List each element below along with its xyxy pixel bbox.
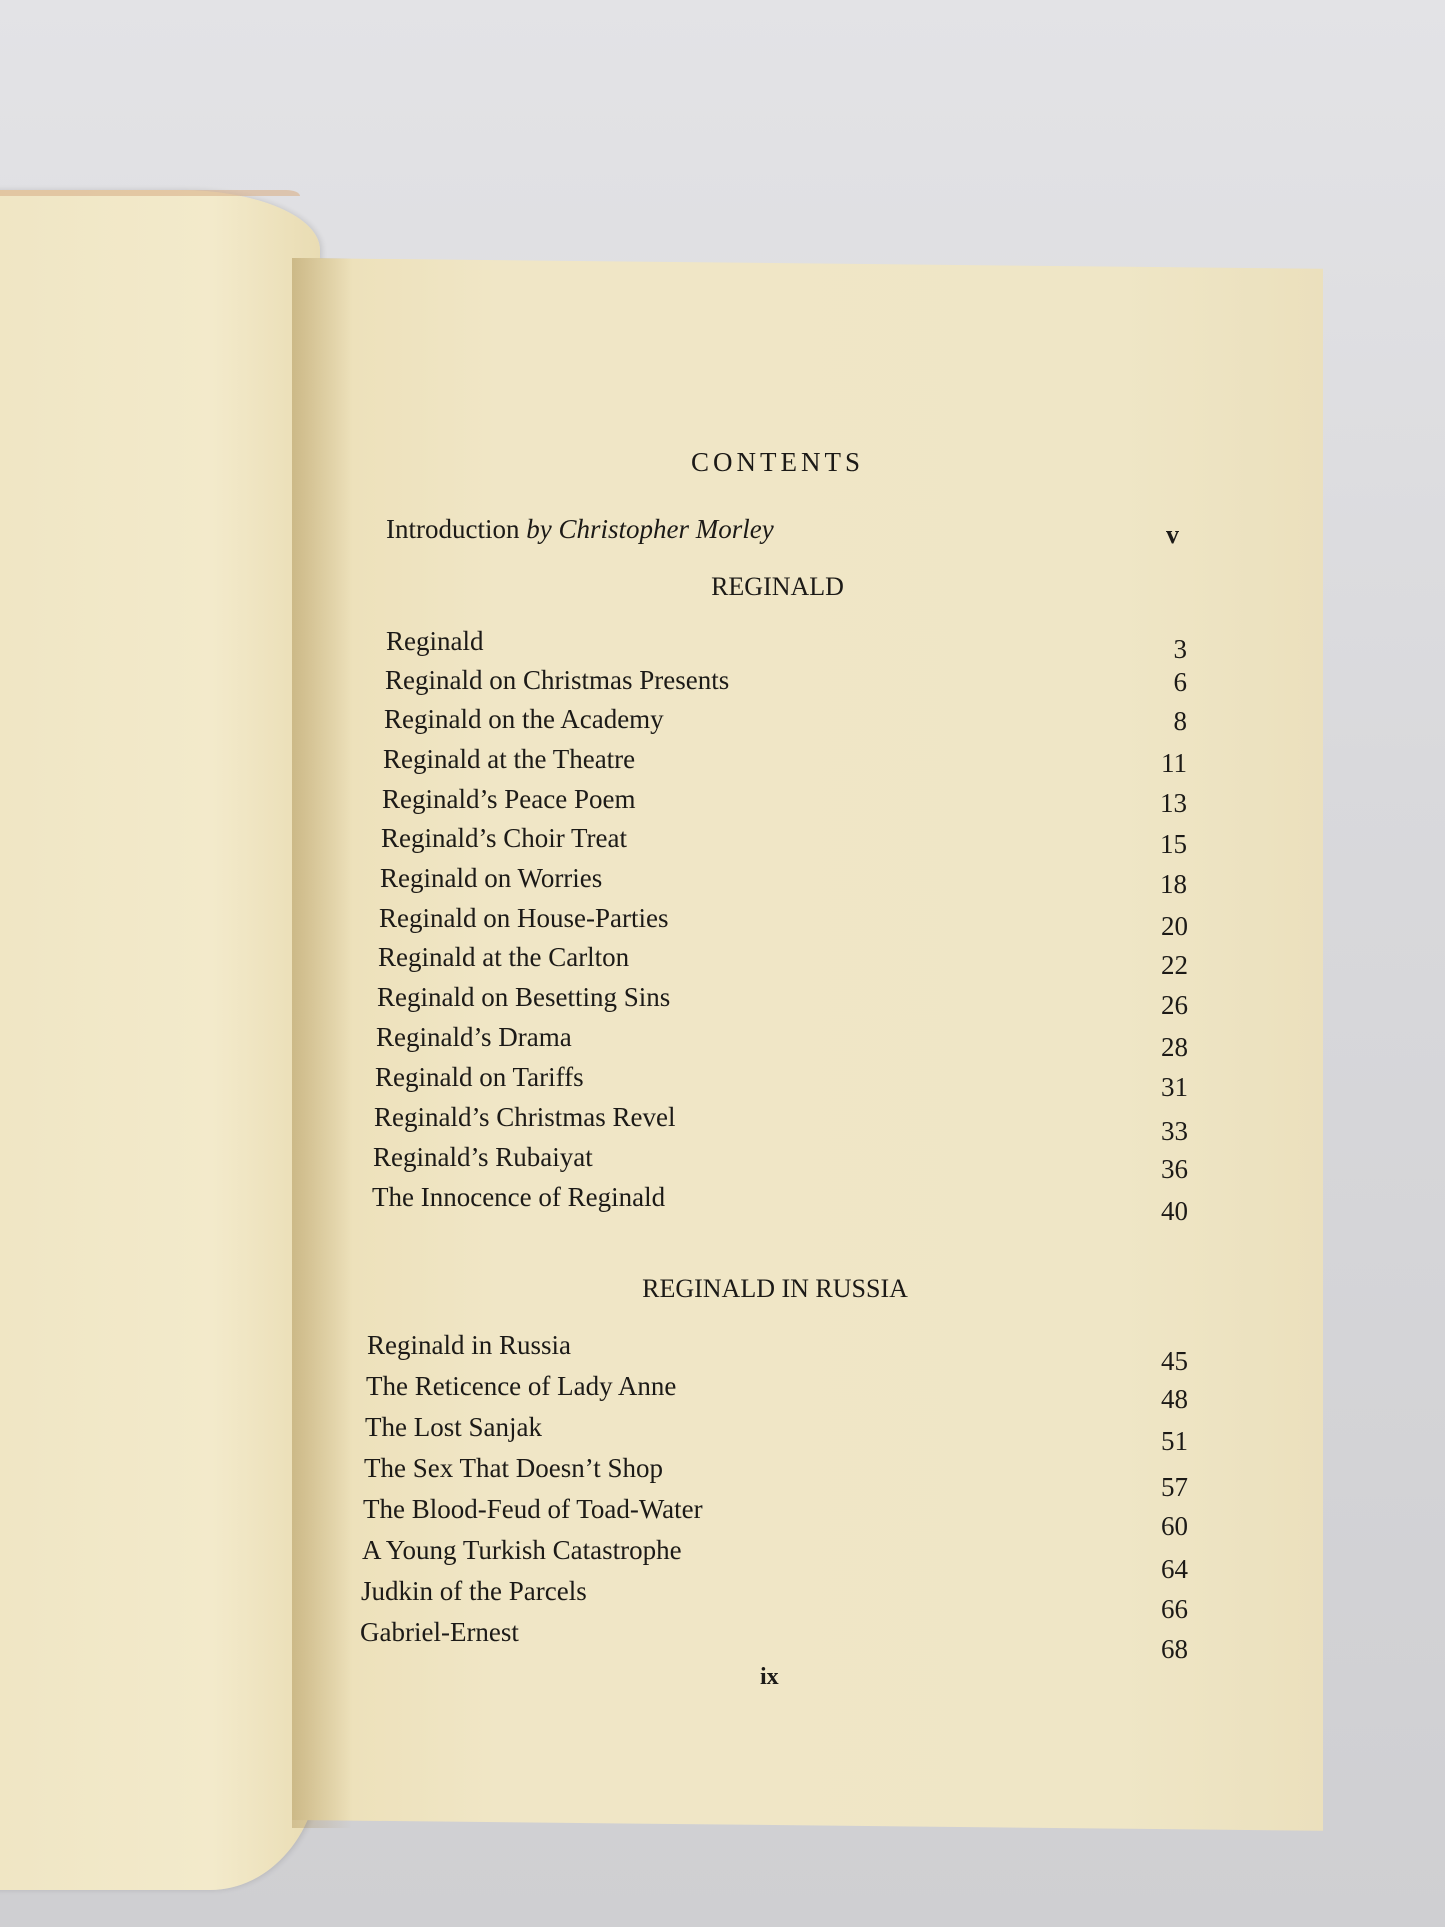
toc-entry: Reginald’s Choir Treat bbox=[381, 823, 627, 854]
toc-entry: The Reticence of Lady Anne bbox=[366, 1371, 676, 1402]
section-heading-reginald-in-russia: REGINALD IN RUSSIA bbox=[0, 1274, 1445, 1304]
toc-page-number: 18 bbox=[1127, 869, 1187, 900]
introduction-label: Introduction bbox=[386, 514, 519, 544]
toc-page-number: 26 bbox=[1128, 990, 1188, 1021]
toc-page-number: 57 bbox=[1128, 1472, 1188, 1503]
toc-entry: Reginald on Christmas Presents bbox=[385, 665, 729, 696]
introduction-byline: by Christopher Morley bbox=[526, 514, 773, 544]
toc-page-number: 33 bbox=[1128, 1116, 1188, 1147]
toc-entry: Reginald on House-Parties bbox=[379, 903, 668, 934]
toc-page-number: 15 bbox=[1127, 829, 1187, 860]
toc-page-number: 40 bbox=[1128, 1196, 1188, 1227]
toc-entry: The Innocence of Reginald bbox=[372, 1182, 665, 1213]
toc-page-number: 3 bbox=[1127, 634, 1187, 665]
toc-page-number: 20 bbox=[1128, 911, 1188, 942]
toc-entry: Reginald’s Peace Poem bbox=[382, 784, 635, 815]
introduction-page-number: v bbox=[1166, 520, 1179, 550]
toc-page-number: 45 bbox=[1128, 1346, 1188, 1377]
toc-page-number: 8 bbox=[1127, 706, 1187, 737]
toc-entry: Reginald on the Academy bbox=[384, 704, 664, 735]
toc-page-number: 6 bbox=[1127, 667, 1187, 698]
toc-entry: Reginald’s Christmas Revel bbox=[374, 1102, 675, 1133]
toc-page-number: 22 bbox=[1128, 950, 1188, 981]
toc-page-number: 64 bbox=[1128, 1554, 1188, 1585]
toc-page-number: 11 bbox=[1127, 748, 1187, 779]
toc-entry: Gabriel-Ernest bbox=[360, 1617, 519, 1648]
toc-entry: Reginald at the Theatre bbox=[383, 744, 635, 775]
toc-page-number: 66 bbox=[1128, 1594, 1188, 1625]
toc-page-number: 60 bbox=[1128, 1511, 1188, 1542]
toc-entry: Reginald in Russia bbox=[367, 1330, 571, 1361]
toc-entry: Reginald’s Rubaiyat bbox=[373, 1142, 593, 1173]
toc-page-number: 28 bbox=[1128, 1032, 1188, 1063]
toc-entry: Judkin of the Parcels bbox=[361, 1576, 587, 1607]
toc-page-number: 48 bbox=[1128, 1384, 1188, 1415]
toc-page-number: 51 bbox=[1128, 1426, 1188, 1457]
toc-page-number: 31 bbox=[1128, 1072, 1188, 1103]
left-page bbox=[0, 190, 320, 1890]
page-title: CONTENTS bbox=[0, 447, 1445, 478]
toc-entry: The Blood-Feud of Toad-Water bbox=[363, 1494, 703, 1525]
toc-entry: Reginald on Tariffs bbox=[375, 1062, 584, 1093]
toc-entry: Reginald bbox=[386, 626, 483, 657]
page-folio: ix bbox=[760, 1664, 779, 1691]
toc-page-number: 13 bbox=[1127, 788, 1187, 819]
toc-entry: Reginald at the Carlton bbox=[378, 942, 629, 973]
toc-entry: The Sex That Doesn’t Shop bbox=[364, 1453, 663, 1484]
gutter-shadow bbox=[292, 258, 352, 1828]
toc-entry: The Lost Sanjak bbox=[365, 1412, 542, 1443]
toc-page-number: 68 bbox=[1128, 1634, 1188, 1665]
toc-entry: Reginald on Worries bbox=[380, 863, 602, 894]
toc-entry: Reginald on Besetting Sins bbox=[377, 982, 670, 1013]
toc-introduction: Introduction by Christopher Morley bbox=[386, 514, 774, 545]
toc-entry: Reginald’s Drama bbox=[376, 1022, 572, 1053]
section-heading-reginald: REGINALD bbox=[0, 572, 1445, 602]
toc-entry: A Young Turkish Catastrophe bbox=[362, 1535, 682, 1566]
toc-page-number: 36 bbox=[1128, 1154, 1188, 1185]
